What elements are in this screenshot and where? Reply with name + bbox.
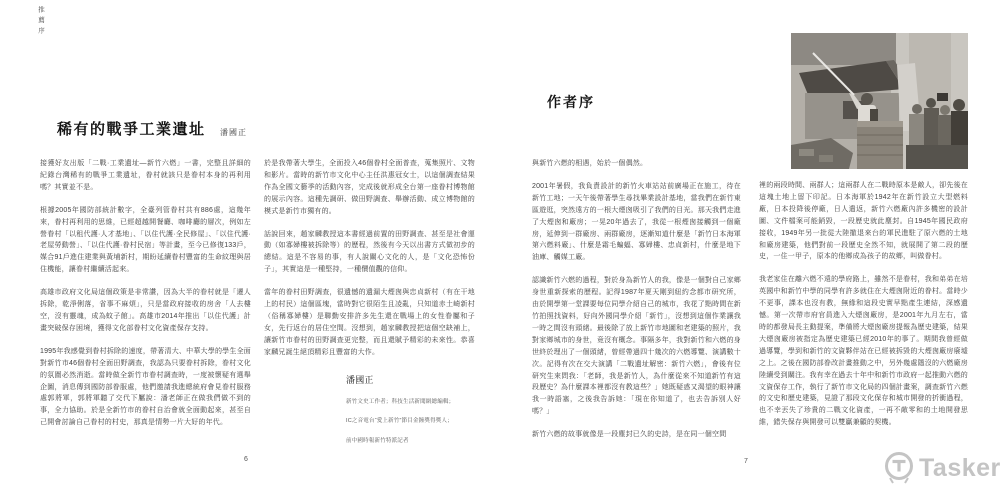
paragraph: 裡的兩段時間、兩群人；這兩群人在二戰時原本是敵人，卻先後在這塊土地上留下印記。日… xyxy=(759,180,968,263)
right-page-title: 作者序 xyxy=(547,92,595,112)
tasker-wordmark: Tasker xyxy=(919,451,1000,485)
paragraph: 新竹六燃的故事就像是一段塵封已久的史詩，是在同一個空間 xyxy=(532,429,741,441)
right-page-column-2: 裡的兩段時間、兩群人；這兩群人在二戰時原本是敵人，卻先後在這塊土地上留下印記。日… xyxy=(759,180,968,452)
signature-bio-line: 新竹文史工作者；科技生活新聞網總編輯； xyxy=(346,398,475,407)
paragraph: 於是我帶著大學生，全面投入46個眷村全面普查，蒐集照片、文物和影片。當時的新竹市… xyxy=(264,158,475,218)
left-page-author: 潘國正 xyxy=(183,127,247,138)
tasker-logo-icon xyxy=(882,450,916,486)
tour-guide-photo-illustration xyxy=(791,33,968,169)
tour-guide-photo xyxy=(791,33,968,169)
tasker-watermark: Tasker xyxy=(882,450,1000,486)
left-page-column-2: 於是我帶著大學生，全面投入46個眷村全面普查，蒐集照片、文物和影片。當時的新竹市… xyxy=(264,158,475,452)
paragraph: 我老家住在離六燃不遠的學府路上，雖然不是眷村，我和弟弟在培英國中和新竹中學的同學… xyxy=(759,274,968,429)
signature-name: 潘國正 xyxy=(346,375,475,387)
page-number-right: 7 xyxy=(744,458,748,465)
page-number-left: 6 xyxy=(244,456,248,463)
section-margin-label: 推薦序 xyxy=(36,6,45,38)
paragraph: 當年的眷村田野調查，很遺憾的遺漏大煙囪與忠貞新村（有在干地上的村民）這個區塊，當… xyxy=(264,287,475,358)
paragraph: 認識新竹六燃的過程，對於身為新竹人的我，像是一個對自己家鄉身世重新探索的歷程。記… xyxy=(532,275,741,418)
paragraph: 高雄市政府文化局這個政策是非常讚，因為大半的眷村就是「遷人拆除，乾淨俐落，省事不… xyxy=(40,287,251,335)
paragraph: 與新竹六燃的相遇，始於一個偶然。 xyxy=(532,158,741,170)
paragraph: 話說回來，趙家麟教授這本書經過前置的田野調查、甚至是社會運動（如寡婦樓被拆除等）… xyxy=(264,229,475,277)
paragraph: 1995年我感覺到眷村拆除的速度，帶著清大、中華大學的學生全面對新竹市46個眷村… xyxy=(40,346,251,429)
paragraph: 2001年暑假，我負責設計的新竹火車站站前廣場正在施工，待在新竹工地；一天午後帶… xyxy=(532,181,741,264)
left-page-column-1: 接獲好友出版「二戰·工業遺址—新竹六燃」一書，完整且詳細的紀錄台灣稀有的戰爭工業… xyxy=(40,158,251,452)
paragraph: 根據2005年國防部統計數字，全臺列管眷村共有886處，這幾年來，眷村再利用的思… xyxy=(40,205,251,276)
signature-bio-line: 前中國時報新竹特派記者 xyxy=(346,437,475,446)
recommender-signature: 潘國正 新竹文史工作者；科技生活新聞網總編輯； IC之音電台“愛上新竹”節目金鐘… xyxy=(346,375,475,446)
right-page-column-1: 與新竹六燃的相遇，始於一個偶然。 2001年暑假，我負責設計的新竹火車站站前廣場… xyxy=(532,158,741,452)
paragraph: 接獲好友出版「二戰·工業遺址—新竹六燃」一書，完整且詳細的紀錄台灣稀有的戰爭工業… xyxy=(40,158,251,194)
signature-bio-line: IC之音電台“愛上新竹”節目金鐘獎得獎人； xyxy=(346,417,475,426)
